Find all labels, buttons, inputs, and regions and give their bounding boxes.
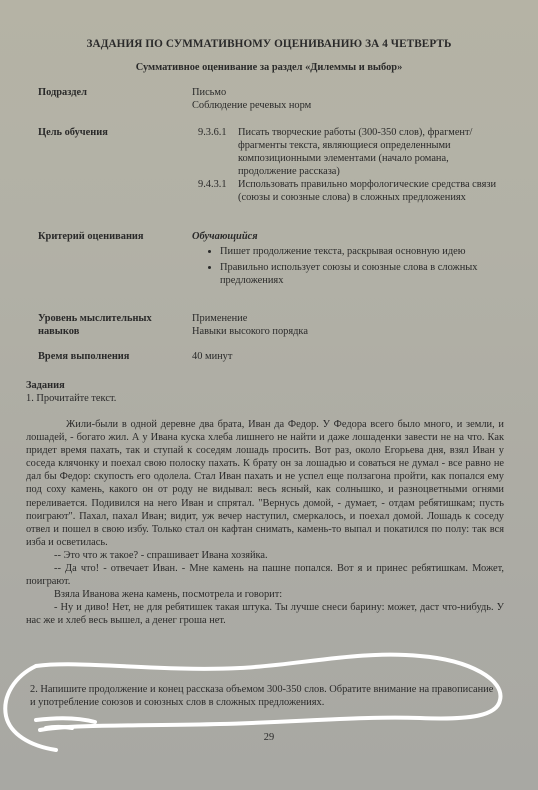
goal-text: Писать творческие работы (300-350 слов),… (238, 126, 498, 178)
task-1: 1. Прочитайте текст. (26, 393, 116, 404)
info-value: Применение Навыки высокого порядка (192, 312, 508, 338)
story-paragraph: - Ну и диво! Нет, не для ребятишек такая… (26, 601, 504, 627)
tasks-heading: Задания (26, 380, 65, 391)
info-label: Критерий оценивания (38, 230, 188, 243)
value-line: Письмо (192, 86, 508, 99)
info-value: Обучающийся Пишет продолжение текста, ра… (192, 230, 502, 290)
info-value: 40 минут (192, 350, 508, 363)
page-subtitle: Суммативное оценивание за раздел «Дилемм… (0, 62, 538, 73)
info-value: 9.3.6.1 Писать творческие работы (300-35… (198, 126, 498, 204)
page-number: 29 (0, 732, 538, 743)
story-paragraph: -- Да что! - отвечает Иван. - Мне камень… (26, 562, 504, 588)
page-title: ЗАДАНИЯ ПО СУММАТИВНОМУ ОЦЕНИВАНИЮ ЗА 4 … (0, 38, 538, 50)
value-line: Навыки высокого порядка (192, 325, 508, 338)
goal-code: 9.4.3.1 (198, 178, 238, 204)
info-label: Подраздел (38, 86, 188, 99)
info-label: Цель обучения (38, 126, 188, 139)
story-paragraph: -- Это что ж такое? - спрашивает Ивана х… (26, 549, 504, 562)
goal-item: 9.4.3.1 Использовать правильно морфологи… (198, 178, 498, 204)
document-page: ЗАДАНИЯ ПО СУММАТИВНОМУ ОЦЕНИВАНИЮ ЗА 4 … (0, 0, 538, 790)
goal-text: Использовать правильно морфологические с… (238, 178, 498, 204)
goal-code: 9.3.6.1 (198, 126, 238, 178)
task-2: 2. Напишите продолжение и конец рассказа… (30, 683, 500, 709)
info-label: Уровень мыслительных навыков (38, 312, 168, 338)
value-line: Применение (192, 312, 508, 325)
info-label: Время выполнения (38, 350, 188, 363)
story-paragraph: Взяла Иванова жена камень, посмотрела и … (26, 588, 504, 601)
story-text: Жили-были в одной деревне два брата, Ива… (26, 418, 504, 628)
criteria-bullet: Пишет продолжение текста, раскрывая осно… (220, 245, 502, 258)
info-value: Письмо Соблюдение речевых норм (192, 86, 508, 112)
criteria-list: Пишет продолжение текста, раскрывая осно… (192, 245, 502, 287)
value-line: Соблюдение речевых норм (192, 99, 508, 112)
criteria-bullet: Правильно использует союзы и союзные сло… (220, 261, 502, 287)
goal-item: 9.3.6.1 Писать творческие работы (300-35… (198, 126, 498, 178)
criteria-heading: Обучающийся (192, 230, 502, 243)
story-paragraph: Жили-были в одной деревне два брата, Ива… (26, 418, 504, 549)
